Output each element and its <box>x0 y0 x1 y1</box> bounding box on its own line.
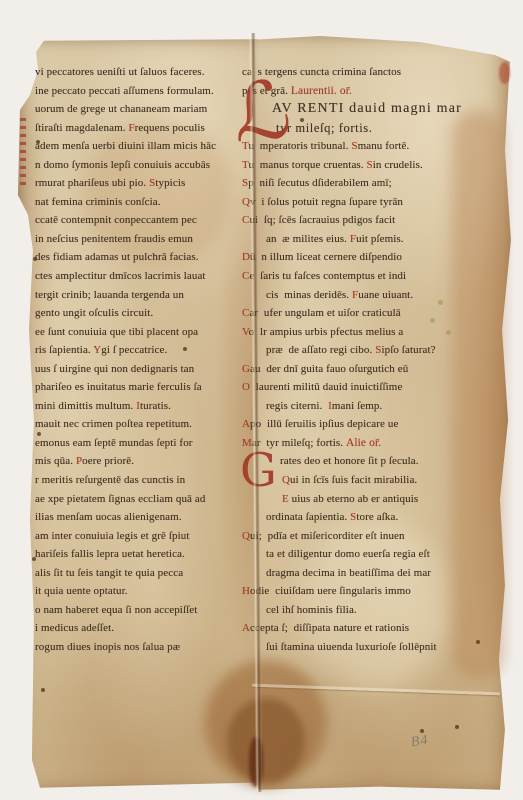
text-run: mani ſemp. <box>332 400 383 412</box>
manuscript-line: ctes amplectitur dmīcos lacrimis lauat <box>35 267 251 286</box>
manuscript-line: mis qūa. Poere priorē. <box>35 452 251 471</box>
manuscript-line: ae xpe pietatem ſignas eccliam quā ad <box>35 490 251 509</box>
manuscript-line: uus ſ uirgine qui non dedignaris tan <box>35 360 251 379</box>
text-run: des fidiam adamas ut pulchrā facias. <box>35 251 199 263</box>
manuscript-line: des fidiam adamas ut pulchrā facias. <box>35 248 251 267</box>
manuscript-line: hariſeis fallis lepra uetat heretica. <box>35 545 251 564</box>
manuscript-line: ee ſunt conuiuia que tibi placent opa <box>35 323 251 342</box>
manuscript-line: phariſeo es inuitatus marie ferculis ſa <box>35 378 251 397</box>
text-run: nat femina criminis conſcia. <box>35 196 161 208</box>
text-run: e ſaris tu faſces contemptus et indi <box>249 270 406 282</box>
manuscript-line: ilias menſam uocas alienigenam. <box>35 508 251 527</box>
text-run: emonus eam ſeptē mundas ſepti for <box>35 437 193 449</box>
wormhole <box>41 688 45 692</box>
text-run: phariſeo es inuitatus marie ferculis ſa <box>35 381 202 393</box>
text-run: ilias menſam uocas alienigenam. <box>35 511 182 523</box>
manuscript-line: gento ungit oſculis circuit. <box>35 304 251 323</box>
red-initial: H <box>242 585 250 597</box>
text-run: mauit nec crimen poſtea repetitum. <box>35 418 192 430</box>
text-run: vi peccatores ueniſti ut ſaluos faceres. <box>35 66 205 78</box>
text-run: rates deo et honore ſit p ſecula. <box>280 455 419 467</box>
red-initial: V <box>242 326 249 338</box>
text-run: cis minas deridēs. <box>266 289 352 301</box>
red-initial: D <box>242 251 250 263</box>
manuscript-line: ſtiraſti magdalenam. Frequens poculis <box>35 119 251 138</box>
text-run: it quia uente optatur. <box>35 585 128 597</box>
vertical-red-marginalia <box>20 118 26 190</box>
pencil-mark: B4 <box>410 733 430 751</box>
text-run: uius ab eterno ab er antiquis <box>289 493 418 505</box>
text-run: oere priorē. <box>82 455 134 467</box>
text-run: alis ſit tu ſeis tangit te quia pecca <box>35 567 183 579</box>
red-initial: A <box>242 418 250 430</box>
text-run: i medicus adeſſet. <box>35 622 114 634</box>
text-run: an æ milites eius. <box>266 233 350 245</box>
text-run: ee ſunt conuiuia que tibi placent opa <box>35 326 198 338</box>
text-run: ui in ſcīs ſuis facit mirabilia. <box>290 474 417 486</box>
wormhole <box>455 725 459 729</box>
text-run: ris ſapientia. <box>35 344 93 356</box>
text-run: uus ſ uirgine qui non dedignaris tan <box>35 363 194 375</box>
text-run: v i ſolus potuit regna ſupare tyrān <box>250 196 403 208</box>
text-run: ccatē contempnit conpeccantem pec <box>35 214 197 226</box>
red-initial: Q <box>242 530 250 542</box>
manuscript-line: rmurat phariſeus ubi pio. Stypicis <box>35 174 251 193</box>
manuscript-line: i medicus adeſſet. <box>35 619 251 638</box>
manuscript-line: cel ihſ hominis filia. <box>242 601 508 620</box>
red-initial: Q <box>282 474 290 486</box>
text-run: ſtiraſti magdalenam. <box>35 122 128 134</box>
text-run: turatis. <box>140 400 171 412</box>
text-run: o lr ampius urbis pfectus melius a <box>249 326 404 338</box>
text-run: am inter conuiuia legis et grē ſpiut <box>35 530 190 542</box>
manuscript-line: præ de aſſato regi cibo. Sipſo ſaturat? <box>242 341 508 360</box>
text-column-left: vi peccatores ueniſti ut ſaluos faceres.… <box>35 63 251 657</box>
manuscript-line: Gau der dnī guita fauo oſurgutich eū <box>242 360 508 379</box>
text-run: mini dimittis multum. <box>35 400 136 412</box>
manuscript-line: Tu manus torque cruentas. Sin crudelis. <box>242 156 508 175</box>
text-run: ar ufer ungulam et uiſor craticulā <box>249 307 400 319</box>
text-run: præ de aſſato regi cibo. <box>266 344 375 356</box>
manuscript-line: Mar tyr mileſq; fortis. Alie or̄. <box>242 434 508 453</box>
manuscript-line: rogum diues inopis nos ſalua pæ <box>35 638 251 657</box>
manuscript-line: uorum de grege ut chananeam mariam <box>35 100 251 119</box>
manuscript-line: ine peccato peccati aſſumens formulam. <box>35 82 251 101</box>
text-run: regis citerni. <box>266 400 328 412</box>
text-run: ine peccato peccati aſſumens formulam. <box>35 85 214 97</box>
text-run: odie ciuiſdam uere ſingularis immo <box>250 585 411 597</box>
manuscript-line: Ce ſaris tu faſces contemptus et indi <box>242 267 508 286</box>
text-run: ae xpe pietatem ſignas eccliam quā ad <box>35 493 205 505</box>
manuscript-line: ta et diligentur domo euerſa regia eſt <box>242 545 508 564</box>
manuscript-line: an æ milites eius. Fuit pſemis. <box>242 230 508 249</box>
text-run: o nam haberet equa ſi non accepiſſet <box>35 604 197 616</box>
manuscript-line: dragma decima in beatiſſima dei mar <box>242 564 508 583</box>
text-run: ſui ſtamina uiuenda luxurioſe ſollēpnit <box>266 641 437 653</box>
manuscript-line: Accepta ſ; diſſipata nature et rationis <box>242 619 508 638</box>
text-run: u manus torque cruentas. <box>248 159 366 171</box>
manuscript-line: tergit crinib; lauanda tergenda un <box>35 286 251 305</box>
manuscript-line: regis citerni. Imani ſemp. <box>242 397 508 416</box>
manuscript-line: o nam haberet equa ſi non accepiſſet <box>35 601 251 620</box>
text-run: mis qūa. <box>35 455 76 467</box>
text-run: AV RENTI dauid magni mar <box>272 101 462 116</box>
text-run: in crudelis. <box>373 159 423 171</box>
rubric-text: Alie or̄. <box>346 437 381 449</box>
text-run: rmurat phariſeus ubi pio. <box>35 177 149 189</box>
text-run: ui; pdīa et miſericorditer eſt inuen <box>250 530 405 542</box>
manuscript-line: O laurenti militū dauid inuictiſſime <box>242 378 508 397</box>
text-run: uane uiuant. <box>358 289 413 301</box>
manuscript-line: Qui; pdīa et miſericorditer eſt inuen <box>242 527 508 546</box>
manuscript-line: E uius ab eterno ab er antiquis <box>242 490 508 509</box>
manuscript-line: Apo illū ſeruilis ipſius depicare ue <box>242 415 508 434</box>
text-run: manu fortē. <box>358 140 410 152</box>
text-run: uorum de grege ut chananeam mariam <box>35 103 207 115</box>
manuscript-line: am inter conuiuia legis et grē ſpiut <box>35 527 251 546</box>
manuscript-line: it quia uente optatur. <box>35 582 251 601</box>
text-run: n domo ſymonis lepſi conuiuis accubās <box>35 159 210 171</box>
manuscript-line: nat femina criminis conſcia. <box>35 193 251 212</box>
manuscript-line: ccatē contempnit conpeccantem pec <box>35 211 251 230</box>
text-run: ui ſq; ſcēs ſacrauius pdigos facit <box>249 214 395 226</box>
red-initial: Q <box>242 196 250 208</box>
text-run: in neſcius penitentem fraudis emun <box>35 233 193 245</box>
manuscript-line: Vo lr ampius urbis pfectus melius a <box>242 323 508 342</box>
manuscript-line: in neſcius penitentem fraudis emun <box>35 230 251 249</box>
text-run: ta et diligentur domo euerſa regia eſt <box>266 548 430 560</box>
text-run: cel ihſ hominis filia. <box>266 604 357 616</box>
text-run: tore aſka. <box>356 511 398 523</box>
text-run: gi ſ peccatrice. <box>101 344 167 356</box>
rubric-text: Laurentii. or̄. <box>291 85 352 97</box>
manuscript-line: Qv i ſolus potuit regna ſupare tyrān <box>242 193 508 212</box>
text-run: au der dnī guita fauo oſurgutich eū <box>250 363 408 375</box>
manuscript-line: mini dimittis multum. Ituratis. <box>35 397 251 416</box>
manuscript-line: vi peccatores ueniſti ut ſaluos faceres. <box>35 63 251 82</box>
text-run: tergit crinib; lauanda tergenda un <box>35 289 184 301</box>
text-run: dragma decima in beatiſſima dei mar <box>266 567 431 579</box>
manuscript-line: cis minas deridēs. Fuane uiuant. <box>242 286 508 305</box>
text-run: requens poculis <box>135 122 205 134</box>
manuscript-line: ris ſapientia. Ygi ſ peccatrice. <box>35 341 251 360</box>
red-initial: O <box>242 381 250 393</box>
text-run: ccepta ſ; diſſipata nature et rationis <box>250 622 409 634</box>
decorated-initial-L: ℒ <box>229 69 295 155</box>
manuscript-line: ſui ſtamina uiuenda luxurioſe ſollēpnit <box>242 638 508 657</box>
manuscript-line: alis ſit tu ſeis tangit te quia pecca <box>35 564 251 583</box>
text-run: ipſo ſaturat? <box>381 344 435 356</box>
text-run: ū n illum liceat cernere diſpendio <box>250 251 402 263</box>
manuscript-line: Dū n illum liceat cernere diſpendio <box>242 248 508 267</box>
text-run: adem menſa uerbi diuini illam micis hāc <box>35 140 216 152</box>
text-run: laurenti militū dauid inuictiſſime <box>250 381 402 393</box>
text-run: gento ungit oſculis circuit. <box>35 307 153 319</box>
manuscript-line: rates deo et honore ſit p ſecula. <box>242 452 508 471</box>
text-run: uit pſemis. <box>356 233 404 245</box>
red-initial: A <box>242 622 250 634</box>
text-run: r meritis reſurgentē das cunctis in <box>35 474 185 486</box>
photo-backdrop: vi peccatores ueniſti ut ſaluos faceres.… <box>0 0 523 800</box>
text-run: rogum diues inopis nos ſalua pæ <box>35 641 180 653</box>
text-run: po illū ſeruilis ipſius depicare ue <box>250 418 398 430</box>
text-run: p niſi ſecutus dſiderabilem amī; <box>248 177 392 189</box>
manuscript-line: ordinata ſapientia. Store aſka. <box>242 508 508 527</box>
text-run: ctes amplectitur dmīcos lacrimis lauat <box>35 270 206 282</box>
manuscript-line: Qui in ſcīs ſuis facit mirabilia. <box>242 471 508 490</box>
red-initial: E <box>282 493 289 505</box>
text-run: ordinata ſapientia. <box>266 511 350 523</box>
manuscript-line: adem menſa uerbi diuini illam micis hāc <box>35 137 251 156</box>
manuscript-line: r meritis reſurgentē das cunctis in <box>35 471 251 490</box>
text-run: typicis <box>155 177 185 189</box>
manuscript-line: Sp niſi ſecutus dſiderabilem amī; <box>242 174 508 193</box>
manuscript-line: n domo ſymonis lepſi conuiuis accubās <box>35 156 251 175</box>
text-run: hariſeis fallis lepra uetat heretica. <box>35 548 185 560</box>
manuscript-line: Car ufer ungulam et uiſor craticulā <box>242 304 508 323</box>
manuscript-line: emonus eam ſeptē mundas ſepti for <box>35 434 251 453</box>
manuscript-line: Hodie ciuiſdam uere ſingularis immo <box>242 582 508 601</box>
manuscript-line: Cui ſq; ſcēs ſacrauius pdigos facit <box>242 211 508 230</box>
red-initial: G <box>242 363 250 375</box>
manuscript-line: mauit nec crimen poſtea repetitum. <box>35 415 251 434</box>
